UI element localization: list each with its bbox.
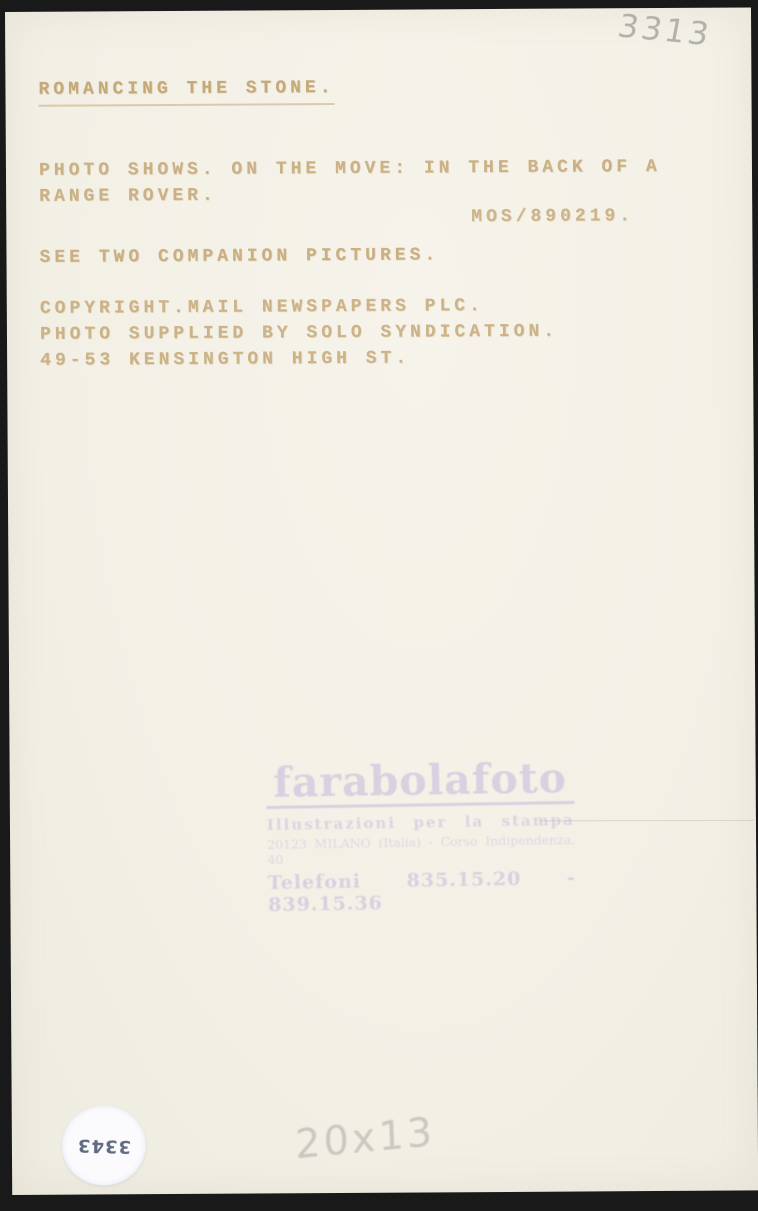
photo-back-paper: ROMANCING THE STONE. PHOTO SHOWS. ON THE…	[5, 7, 758, 1195]
round-sticker: 3343	[60, 1103, 149, 1188]
typewritten-caption: PHOTO SHOWS. ON THE MOVE: IN THE BACK OF…	[39, 154, 661, 210]
caption-line-2: RANGE ROVER.	[39, 180, 661, 210]
pencil-archive-number: 3313	[615, 7, 715, 54]
copyright-line-3: 49-53 KENSINGTON HIGH ST.	[40, 345, 558, 374]
paper-crease	[540, 820, 754, 822]
agency-stamp: farabolafoto Illustrazioni per la stampa…	[266, 757, 577, 916]
stamp-phones: Telefoni 835.15.20 - 839.15.36	[268, 867, 577, 916]
scan-background: { "colors": { "border": "#191919", "pape…	[0, 0, 758, 1211]
copyright-block: COPYRIGHT.MAIL NEWSPAPERS PLC. PHOTO SUP…	[40, 293, 559, 374]
stamp-address: 20123 MILANO (Italia) - Corso Indipenden…	[267, 832, 575, 867]
typewritten-title: ROMANCING THE STONE.	[38, 78, 334, 107]
copyright-line-2: PHOTO SUPPLIED BY SOLO SYNDICATION.	[40, 319, 558, 348]
companion-note: SEE TWO COMPANION PICTURES.	[39, 245, 439, 267]
sticker-number: 3343	[77, 1134, 132, 1157]
stamp-agency-name: farabolafoto	[266, 757, 575, 809]
stamp-tagline: Illustrazioni per la stampa	[267, 811, 575, 834]
copyright-line-1: COPYRIGHT.MAIL NEWSPAPERS PLC.	[40, 293, 558, 322]
reference-code: MOS/890219.	[471, 206, 634, 227]
title-text: ROMANCING THE STONE.	[38, 78, 334, 107]
pencil-print-size: 20x13	[294, 1109, 436, 1168]
caption-line-1: PHOTO SHOWS. ON THE MOVE: IN THE BACK OF…	[39, 154, 661, 184]
